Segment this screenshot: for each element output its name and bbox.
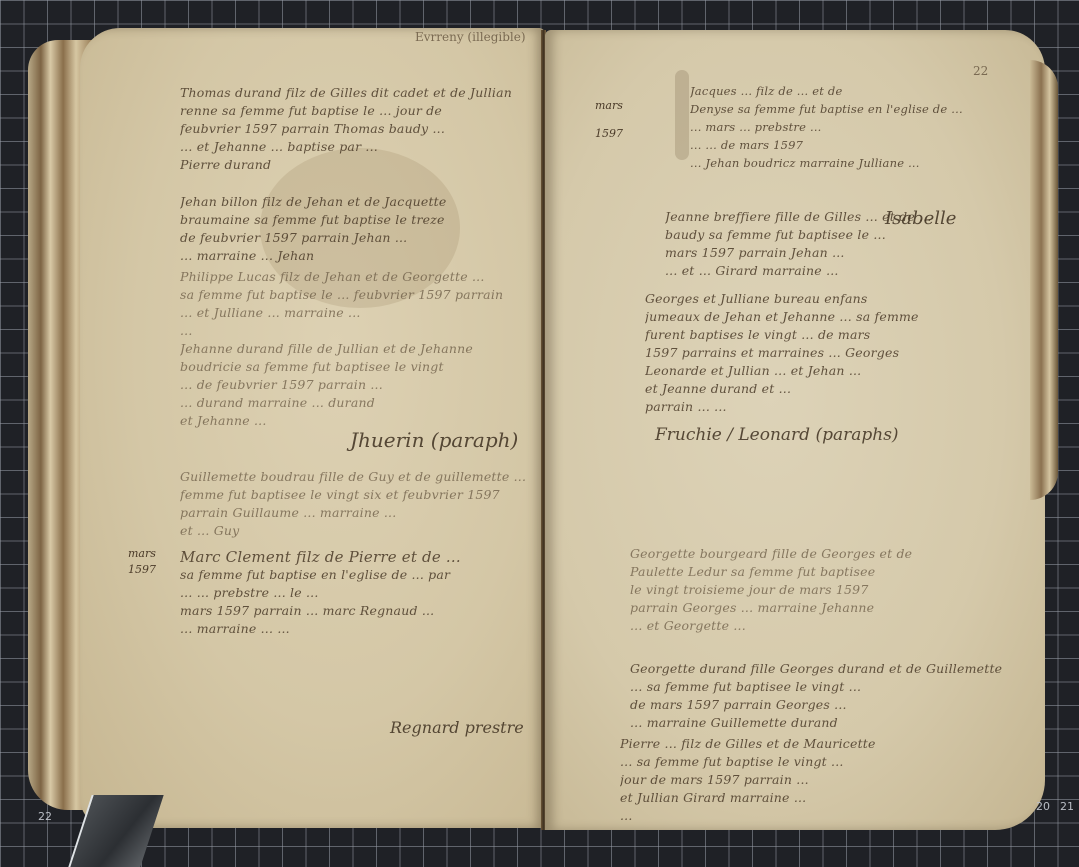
entry-line: ... ... de mars 1597 (690, 136, 1035, 154)
entry-line: le vingt troisieme jour de mars 1597 (630, 581, 1035, 599)
entry-line: mars 1597 parrain Jehan ... (665, 244, 1035, 262)
entry-line: Paulette Ledur sa femme fut baptisee (630, 563, 1035, 581)
signature-isabelle: Isabelle (885, 208, 956, 229)
entry-line: furent baptises le vingt ... de mars (645, 326, 1035, 344)
margin-year: 1597 (128, 562, 156, 578)
ruler-mark: 20 (1036, 800, 1050, 813)
entry-line: Denyse sa femme fut baptise en l'eglise … (690, 100, 1035, 118)
signature-paraph: Jhuerin (paraph) (350, 428, 518, 452)
entry-line: Jacques ... filz de ... et de (690, 82, 1035, 100)
entry-line: et Jeanne durand et ... (645, 380, 1035, 398)
entry-line: ... sa femme fut baptise le vingt ... (620, 753, 1035, 771)
right-entry-2: Jeanne breffiere fille de Gilles ... et … (665, 208, 1035, 280)
entry-line: ... (620, 807, 1035, 825)
entry-line: ... sa femme fut baptisee le vingt ... (630, 678, 1035, 696)
entry-line: Jeanne breffiere fille de Gilles ... et … (665, 208, 1035, 226)
left-header-note: Evrreny (illegible) (415, 30, 526, 44)
ruler-mark: 21 (1060, 800, 1074, 813)
signature-priest: Regnard prestre (390, 718, 524, 737)
right-margin-date: mars 1597 (595, 98, 623, 142)
entry-line: Pierre ... filz de Gilles et de Mauricet… (620, 735, 1035, 753)
entry-line: ... Jehan boudricz marraine Julliane ... (690, 154, 1035, 172)
entry-line: Georges et Julliane bureau enfans (645, 290, 1035, 308)
ruler-mark: 22 (38, 810, 52, 823)
page-number: 22 (973, 64, 988, 78)
entry-line: et Jullian Girard marraine ... (620, 789, 1035, 807)
entry-line: Leonarde et Jullian ... et Jehan ... (645, 362, 1035, 380)
right-entry-4: Georgette bourgeard fille de Georges et … (630, 545, 1035, 635)
signature-paraphs: Fruchie / Leonard (paraphs) (655, 425, 899, 445)
right-page-stack-edge (1030, 60, 1058, 500)
right-entry-1: Jacques ... filz de ... et de Denyse sa … (690, 82, 1035, 172)
entry-line: de mars 1597 parrain Georges ... (630, 696, 1035, 714)
margin-month: mars (128, 546, 156, 562)
right-entry-5: Georgette durand fille Georges durand et… (630, 660, 1035, 732)
entry-line: jour de mars 1597 parrain ... (620, 771, 1035, 789)
entry-line: parrain Georges ... marraine Jehanne (630, 599, 1035, 617)
entry-line: ... marraine Guillemette durand (630, 714, 1035, 732)
entry-line: jumeaux de Jehan et Jehanne ... sa femme (645, 308, 1035, 326)
entry-line: Georgette bourgeard fille de Georges et … (630, 545, 1035, 563)
entry-line: parrain ... ... (645, 398, 1035, 416)
entry-line: Georgette durand fille Georges durand et… (630, 660, 1035, 678)
margin-month: mars (595, 98, 623, 114)
right-entry-6: Pierre ... filz de Gilles et de Mauricet… (620, 735, 1035, 825)
left-margin-date: mars 1597 (128, 546, 156, 578)
entry-line: ... mars ... prebstre ... (690, 118, 1035, 136)
right-page: 22 mars 1597 Jacques ... filz de ... et … (545, 30, 1045, 830)
left-page: Evrreny (illegible) Thomas durand filz d… (80, 28, 545, 828)
open-register-book: Evrreny (illegible) Thomas durand filz d… (0, 0, 1079, 867)
entry-line: 1597 parrains et marraines ... Georges (645, 344, 1035, 362)
water-stain (675, 70, 689, 160)
right-entry-3: Georges et Julliane bureau enfans jumeau… (645, 290, 1035, 416)
margin-year: 1597 (595, 126, 623, 142)
entry-line: ... et Georgette ... (630, 617, 1035, 635)
entry-line: baudy sa femme fut baptisee le ... (665, 226, 1035, 244)
entry-line: ... et ... Girard marraine ... (665, 262, 1035, 280)
